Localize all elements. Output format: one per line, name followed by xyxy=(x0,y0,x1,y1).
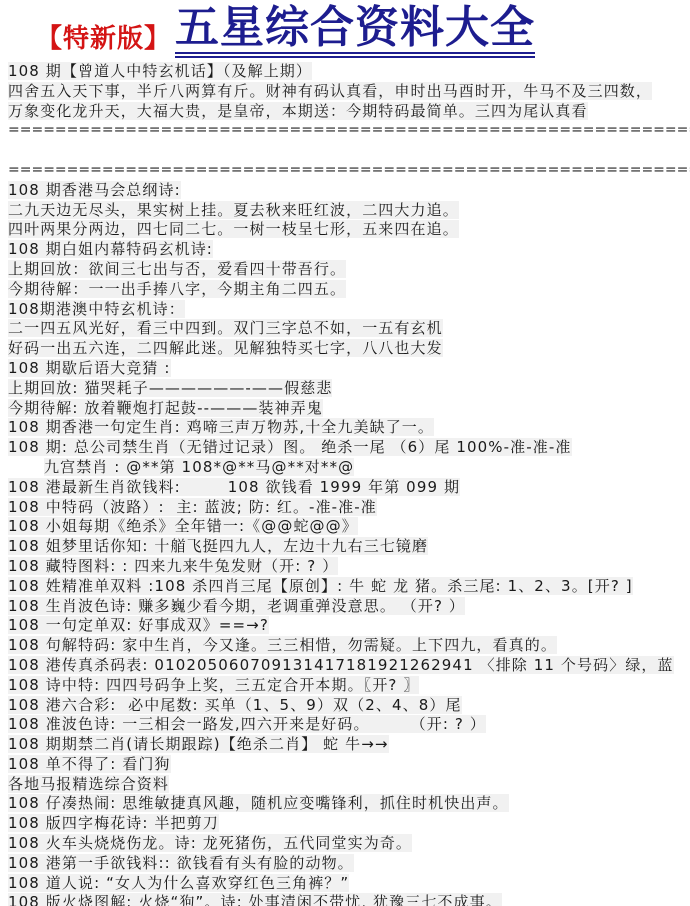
separator-line: ========================================… xyxy=(8,121,690,141)
page-header: 【特新版】 五星综合资料大全 xyxy=(0,0,690,58)
text-line: 108 期: 总公司禁生肖（无错过记录）图。 绝杀一尾 （6）尾 100%-准-… xyxy=(8,438,690,458)
text-line: 今期待解: 放着鞭炮打起鼓--———装神弄鬼 xyxy=(8,399,690,419)
text-line: 108 版火烧图解: 火烧“狗”。诗: 处事清闲不带忧, 犹豫三七不成事。 xyxy=(8,893,690,906)
text-line: 万象变化龙升天，大福大贵，是皇帝，本期送：今期特码最简单。三四为尾认真看 xyxy=(8,102,690,122)
page: 【特新版】 五星综合资料大全 108 期【曾道人中特玄机话】（及解上期）四舍五入… xyxy=(0,0,690,906)
content: 108 期【曾道人中特玄机话】（及解上期）四舍五入天下事，半斤八两算有斤。财神有… xyxy=(0,58,690,906)
text-line: 二九天边无尽头，果实树上挂。夏去秋来旺红波，二四大力追。 xyxy=(8,201,690,221)
page-title-underline: 五星综合资料大全 xyxy=(175,6,535,58)
page-title[interactable]: 五星综合资料大全 xyxy=(175,6,535,54)
blank-line xyxy=(8,141,690,161)
text-line: 上期回放：欲间三七出与否，爱看四十带吾行。 xyxy=(8,260,690,280)
text-line: 108 姐梦里话你知: 十艏飞挺四九人，左边十九右三七镜磨 xyxy=(8,537,690,557)
text-line: 108 期白姐内幕特码玄机诗: xyxy=(8,240,690,260)
text-line: 108 期【曾道人中特玄机话】（及解上期） xyxy=(8,62,690,82)
text-line: 108 句解特码: 家中生肖，今又逢。三三相惜，勿需疑。上下四九，看真的。 xyxy=(8,636,690,656)
text-line: 四舍五入天下事，半斤八两算有斤。财神有码认真看，申时出马酉时开，牛马不及三四数， xyxy=(8,82,690,102)
text-line: 108 火车头烧烧伤龙。诗: 龙死猪伤，五代同堂实为奇。 xyxy=(8,834,690,854)
text-line: 二一四五风光好，看三中四到。双门三字总不如，一五有玄机 xyxy=(8,319,690,339)
text-line: 108 一句定单双: 好事成双》==→? xyxy=(8,616,690,636)
text-line: 108 版四字梅花诗: 半把剪刀 xyxy=(8,814,690,834)
text-line: 九宫禁肖 : @**第 108*@**马@**对**@ xyxy=(8,458,690,478)
text-line: 108 港最新生肖欲钱料: 108 欲钱看 1999 年第 099 期 xyxy=(8,478,690,498)
text-line: 108 港传真杀码表: 0102050607091314171819212629… xyxy=(8,656,690,676)
text-line: 108 小姐每期《绝杀》全年错一:《@@蛇@@》 xyxy=(8,517,690,537)
text-line: 108 诗中特: 四四号码争上奖，三五定合开本期。〖开? 〗 xyxy=(8,676,690,696)
separator-line: ========================================… xyxy=(8,161,690,181)
text-line: 108 准波色诗: 一三相会一路发,四六开来是好码。 （开: ? ） xyxy=(8,715,690,735)
text-line: 108 期香港一句定生肖: 鸡啼三声万物苏,十全九美缺了一。 xyxy=(8,418,690,438)
text-line: 108 港六合彩: 必中尾数: 买单（1、5、9）双（2、4、8）尾 xyxy=(8,696,690,716)
text-line: 上期回放: 猫哭耗子——————-——假慈悲 xyxy=(8,379,690,399)
text-line: 108 中特码（波路）: 主: 蓝波; 防: 红。-准-准-准 xyxy=(8,498,690,518)
edition-badge: 【特新版】 xyxy=(36,26,171,52)
text-line: 108 期歇后语大竞猜 : xyxy=(8,359,690,379)
text-line: 各地马报精选综合资料 xyxy=(8,775,690,795)
text-line: 四叶两果分两边，四七同二七。一树一枝呈七形，五来四在追。 xyxy=(8,220,690,240)
text-line: 108 生肖波色诗: 赚多巍少看今期，老调重弹没意思。 （开? ） xyxy=(8,597,690,617)
text-line: 108 单不得了: 看门狗 xyxy=(8,755,690,775)
text-line: 好码一出五六连，二四解此迷。见解独特买七字，八八也大发 xyxy=(8,339,690,359)
text-line: 108期港澳中特玄机诗： xyxy=(8,300,690,320)
text-line: 108 仔凑热闹: 思维敏捷真风趣，随机应变嘴锋利，抓住时机快出声。 xyxy=(8,794,690,814)
text-line: 108 港第一手欲钱料:: 欲钱看有头有脸的动物。 xyxy=(8,854,690,874)
text-line: 今期待解：一一出手捧八字，今期主角二四五。 xyxy=(8,280,690,300)
text-line: 108 道人说: “女人为什么喜欢穿红色三角裤？” xyxy=(8,874,690,894)
text-line: 108 期香港马会总纲诗: xyxy=(8,181,690,201)
text-line: 108 藏特图料: : 四来九来牛兔发财（开: ? ） xyxy=(8,557,690,577)
text-line: 108 姓精准单双料 :108 杀四肖三尾【原创】: 牛 蛇 龙 猪。杀三尾: … xyxy=(8,577,690,597)
text-line: 108 期期禁二肖(请长期跟踪)【绝杀二肖】 蛇 牛→→ xyxy=(8,735,690,755)
